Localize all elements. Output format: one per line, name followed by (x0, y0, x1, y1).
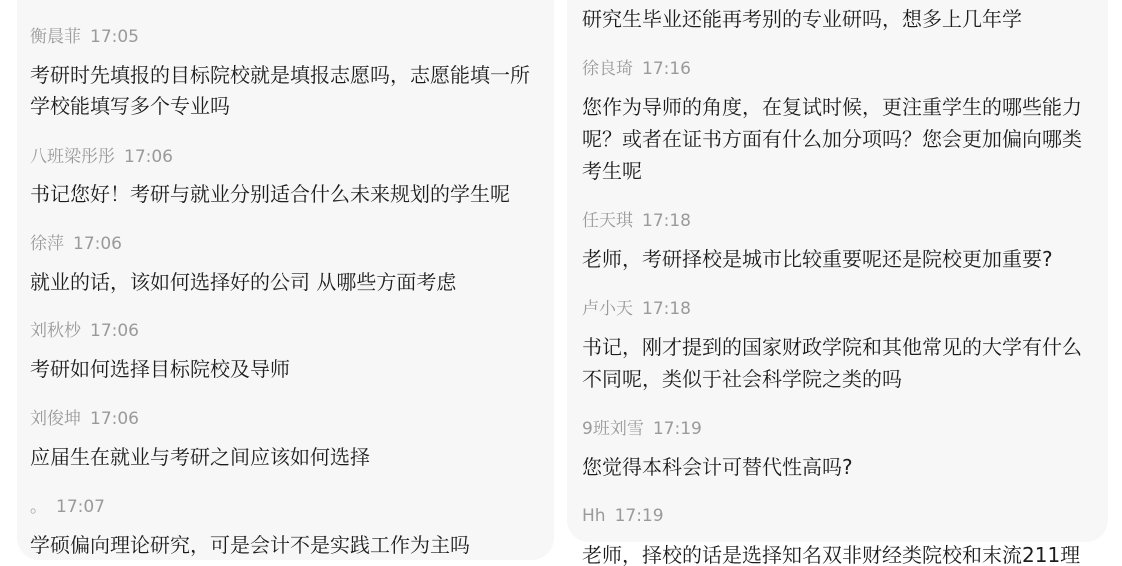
message-time: 17:06 (124, 147, 173, 167)
message-meta: 任天琪17:18 (582, 213, 691, 230)
message-text: 呢？或者在证书方面有什么加分项吗？您会更加偏向哪类 (582, 129, 1082, 149)
message-time: 17:18 (642, 211, 691, 231)
message-meta: 刘俊坤17:06 (30, 411, 139, 428)
sender-name: 9班刘雪 (582, 419, 644, 439)
message-meta: 徐萍17:06 (30, 236, 122, 253)
message-text: 考生呢 (582, 161, 642, 181)
message-time: 17:06 (90, 321, 139, 341)
sender-name: 刘秋杪 (30, 321, 81, 341)
message-text: 就业的话，该如何选择好的公司 从哪些方面考虑 (30, 272, 456, 292)
message-text: 学校能填写多个专业吗 (30, 96, 230, 116)
message-time: 17:18 (642, 299, 691, 319)
message-text: 考研如何选择目标院校及导师 (30, 359, 290, 379)
message-meta: 徐良琦17:16 (582, 61, 691, 78)
message-text: 考研时先填报的目标院校就是填报志愿吗，志愿能填一所 (30, 65, 530, 85)
message-text: 学硕偏向理论研究，可是会计不是实践工作为主吗 (30, 535, 470, 555)
sender-name: 任天琪 (582, 211, 633, 231)
sender-name: 徐良琦 (582, 59, 633, 79)
message-time: 17:06 (73, 234, 122, 254)
message-meta: Hh17:19 (582, 508, 664, 525)
message-text: 老师，考研择校是城市比较重要呢还是院校更加重要? (582, 249, 1053, 269)
message-text: 您作为导师的角度，在复试时候，更注重学生的哪些能力 (582, 97, 1082, 117)
message-time: 17:19 (615, 506, 664, 526)
sender-name: 衡晨菲 (30, 27, 81, 47)
message-time: 17:05 (90, 27, 139, 47)
sender-name: 徐萍 (30, 234, 64, 254)
message-time: 17:16 (642, 59, 691, 79)
message-meta: 衡晨菲17:05 (30, 29, 139, 46)
message-text: 不同呢，类似于社会科学院之类的吗 (582, 369, 902, 389)
message-time: 17:06 (90, 409, 139, 429)
message-text: 书记您好！考研与就业分别适合什么未来规划的学生呢 (30, 184, 510, 204)
message-text: 书记，刚才提到的国家财政学院和其他常见的大学有什么 (582, 337, 1082, 357)
sender-name: 八班梁彤彤 (30, 147, 115, 167)
message-text: 应届生在就业与考研之间应该如何选择 (30, 447, 370, 467)
message-meta: 。17:07 (30, 499, 105, 516)
message-meta: 八班梁彤彤17:06 (30, 149, 173, 166)
sender-name: 。 (30, 497, 47, 517)
sender-name: 卢小天 (582, 299, 633, 319)
sender-name: 刘俊坤 (30, 409, 81, 429)
message-text: 您觉得本科会计可替代性高吗? (582, 457, 853, 477)
message-meta: 9班刘雪17:19 (582, 421, 702, 438)
message-time: 17:19 (653, 419, 702, 439)
message-text: 老师，择校的话是选择知名双非财经类院校和末流211理 (582, 545, 1080, 565)
sender-name: Hh (582, 506, 606, 526)
message-meta: 卢小天17:18 (582, 301, 691, 318)
message-meta: 刘秋杪17:06 (30, 323, 139, 340)
message-text: 研究生毕业还能再考别的专业研吗，想多上几年学 (582, 9, 1022, 29)
message-time: 17:07 (56, 497, 105, 517)
